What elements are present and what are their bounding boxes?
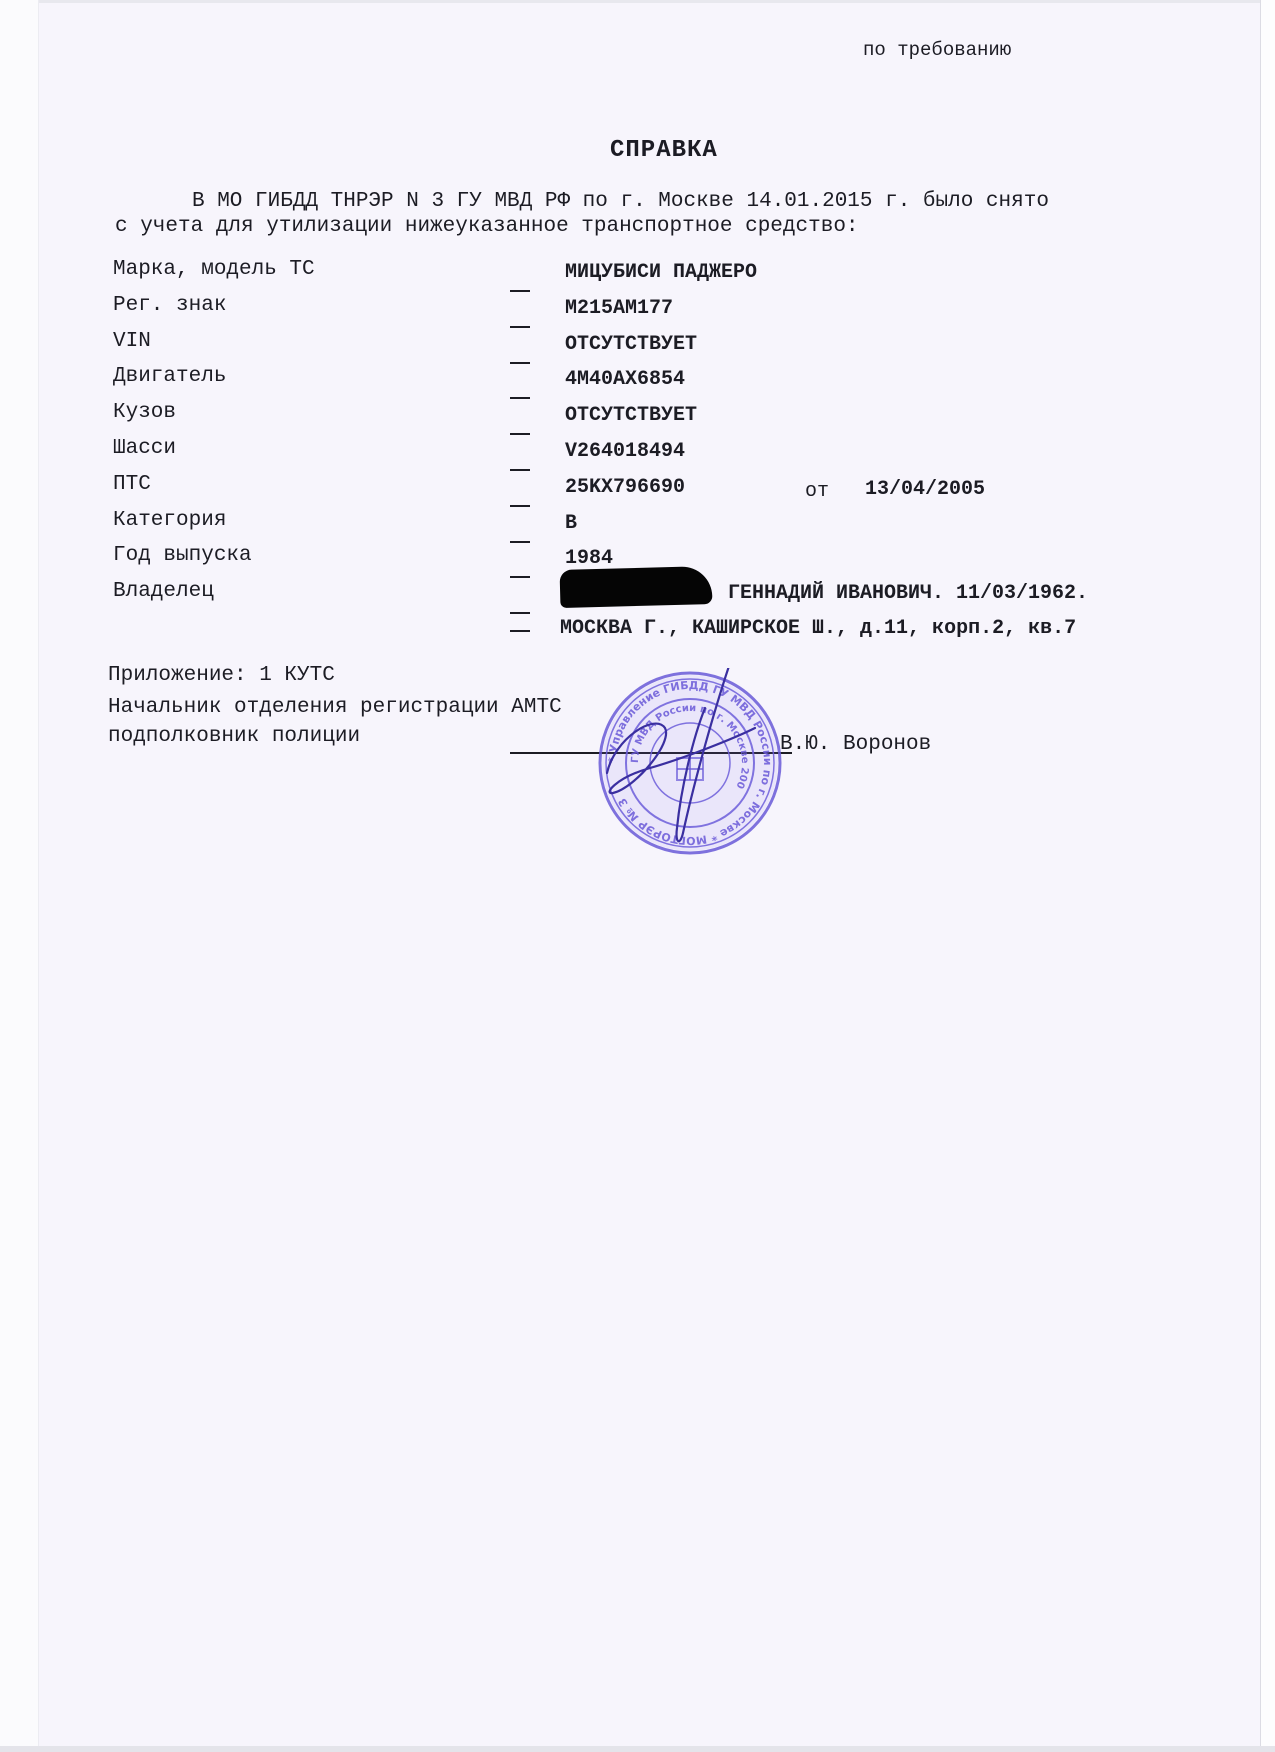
- field-dash: [510, 433, 530, 435]
- vehicle-field-label: Двигатель: [113, 365, 226, 389]
- field-dash: [510, 326, 530, 328]
- vehicle-field-value: V264018494: [565, 440, 685, 464]
- document-title: СПРАВКА: [610, 139, 718, 163]
- field-dash: [510, 630, 530, 632]
- on-demand-note: по требованию: [863, 38, 1011, 62]
- vehicle-field-label: ПТС: [113, 473, 151, 497]
- signer-name: В.Ю. Воронов: [780, 733, 931, 757]
- intro-paragraph-line-2: с учета для утилизации нижеуказанное тра…: [115, 215, 859, 239]
- vehicle-field-value: B: [565, 512, 577, 536]
- vehicle-field-value: M215AM177: [565, 297, 673, 321]
- field-dash: [510, 397, 530, 399]
- vehicle-field-label: Шасси: [113, 437, 176, 461]
- vehicle-field-value: ОТСУТСТВУЕТ: [565, 404, 697, 428]
- vehicle-field-label: Категория: [113, 509, 226, 533]
- field-dash: [510, 290, 530, 292]
- scan-edge-top: [0, 0, 1275, 3]
- intro-paragraph-line-1: В МО ГИБДД ТНРЭР N 3 ГУ МВД РФ по г. Мос…: [192, 190, 1049, 214]
- field-dash: [510, 541, 530, 543]
- vehicle-field-label: Владелец: [113, 580, 214, 604]
- signer-position-line-2: подполковник полиции: [108, 725, 360, 749]
- pts-date: 13/04/2005: [865, 478, 985, 502]
- vehicle-field-label: Рег. знак: [113, 294, 226, 318]
- official-stamp-icon: * Управление ГИБДД ГУ МВД России по г. М…: [595, 668, 785, 858]
- field-dash: [510, 362, 530, 364]
- vehicle-field-label: Кузов: [113, 401, 176, 425]
- scan-edge-left: [0, 0, 39, 1752]
- appendix-note: Приложение: 1 КУТС: [108, 664, 335, 688]
- scan-edge-right: [1260, 0, 1275, 1752]
- owner-address: МОСКВА Г., КАШИРСКОЕ Ш., д.11, корп.2, к…: [560, 617, 1076, 641]
- field-dash: [510, 505, 530, 507]
- vehicle-field-value: ОТСУТСТВУЕТ: [565, 333, 697, 357]
- field-dash: [510, 612, 530, 614]
- vehicle-field-value: МИЦУБИСИ ПАДЖЕРО: [565, 261, 757, 285]
- signer-position-line-1: Начальник отделения регистрации АМТС: [108, 696, 562, 720]
- pts-from-label: от: [805, 480, 829, 504]
- vehicle-field-label: VIN: [113, 330, 151, 354]
- vehicle-field-value: 25KX796690: [565, 476, 685, 500]
- scan-edge-bottom: [0, 1746, 1275, 1752]
- field-dash: [510, 469, 530, 471]
- vehicle-field-value: 4M40AX6854: [565, 368, 685, 392]
- vehicle-field-label: Год выпуска: [113, 544, 252, 568]
- owner-surname-redaction: [560, 566, 713, 608]
- field-dash: [510, 576, 530, 578]
- vehicle-field-label: Марка, модель ТС: [113, 258, 315, 282]
- vehicle-field-value: ГЕННАДИЙ ИВАНОВИЧ. 11/03/1962.: [728, 582, 1088, 606]
